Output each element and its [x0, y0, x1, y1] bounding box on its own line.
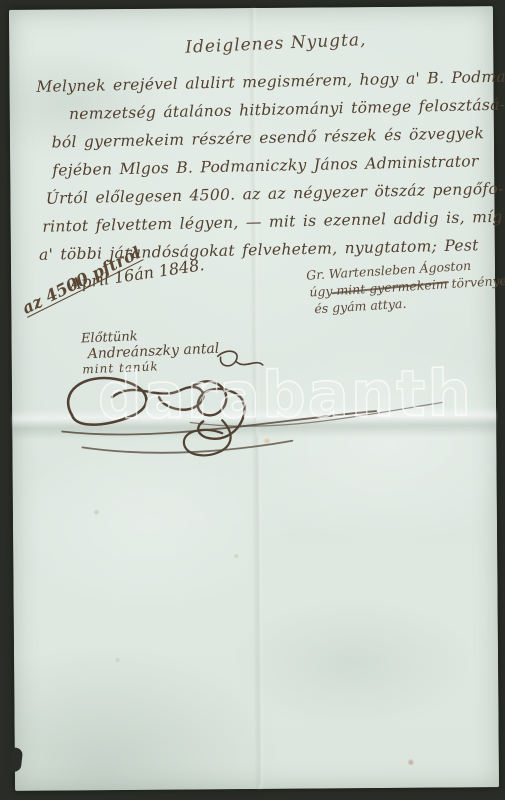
paper-stain [262, 438, 271, 444]
document-paper: Ideiglenes Nyugta, Melynek erejével alul… [9, 6, 499, 791]
paper-stain [93, 509, 100, 515]
body-text: Melynek erejével alulirt megismérem, hog… [32, 63, 498, 269]
guardian-annotation: Gr. Wartensleben Ágoston úgy mint gyerme… [306, 255, 504, 318]
paper-stain [114, 657, 121, 663]
paper-stain [233, 553, 239, 559]
paper-stain [407, 759, 415, 766]
document-title: Ideiglenes Nyugta, [185, 30, 367, 58]
darabanth-watermark: darabanth [98, 353, 474, 439]
photo-frame: Ideiglenes Nyugta, Melynek erejével alul… [0, 0, 505, 800]
torn-edge-notch [9, 747, 23, 772]
